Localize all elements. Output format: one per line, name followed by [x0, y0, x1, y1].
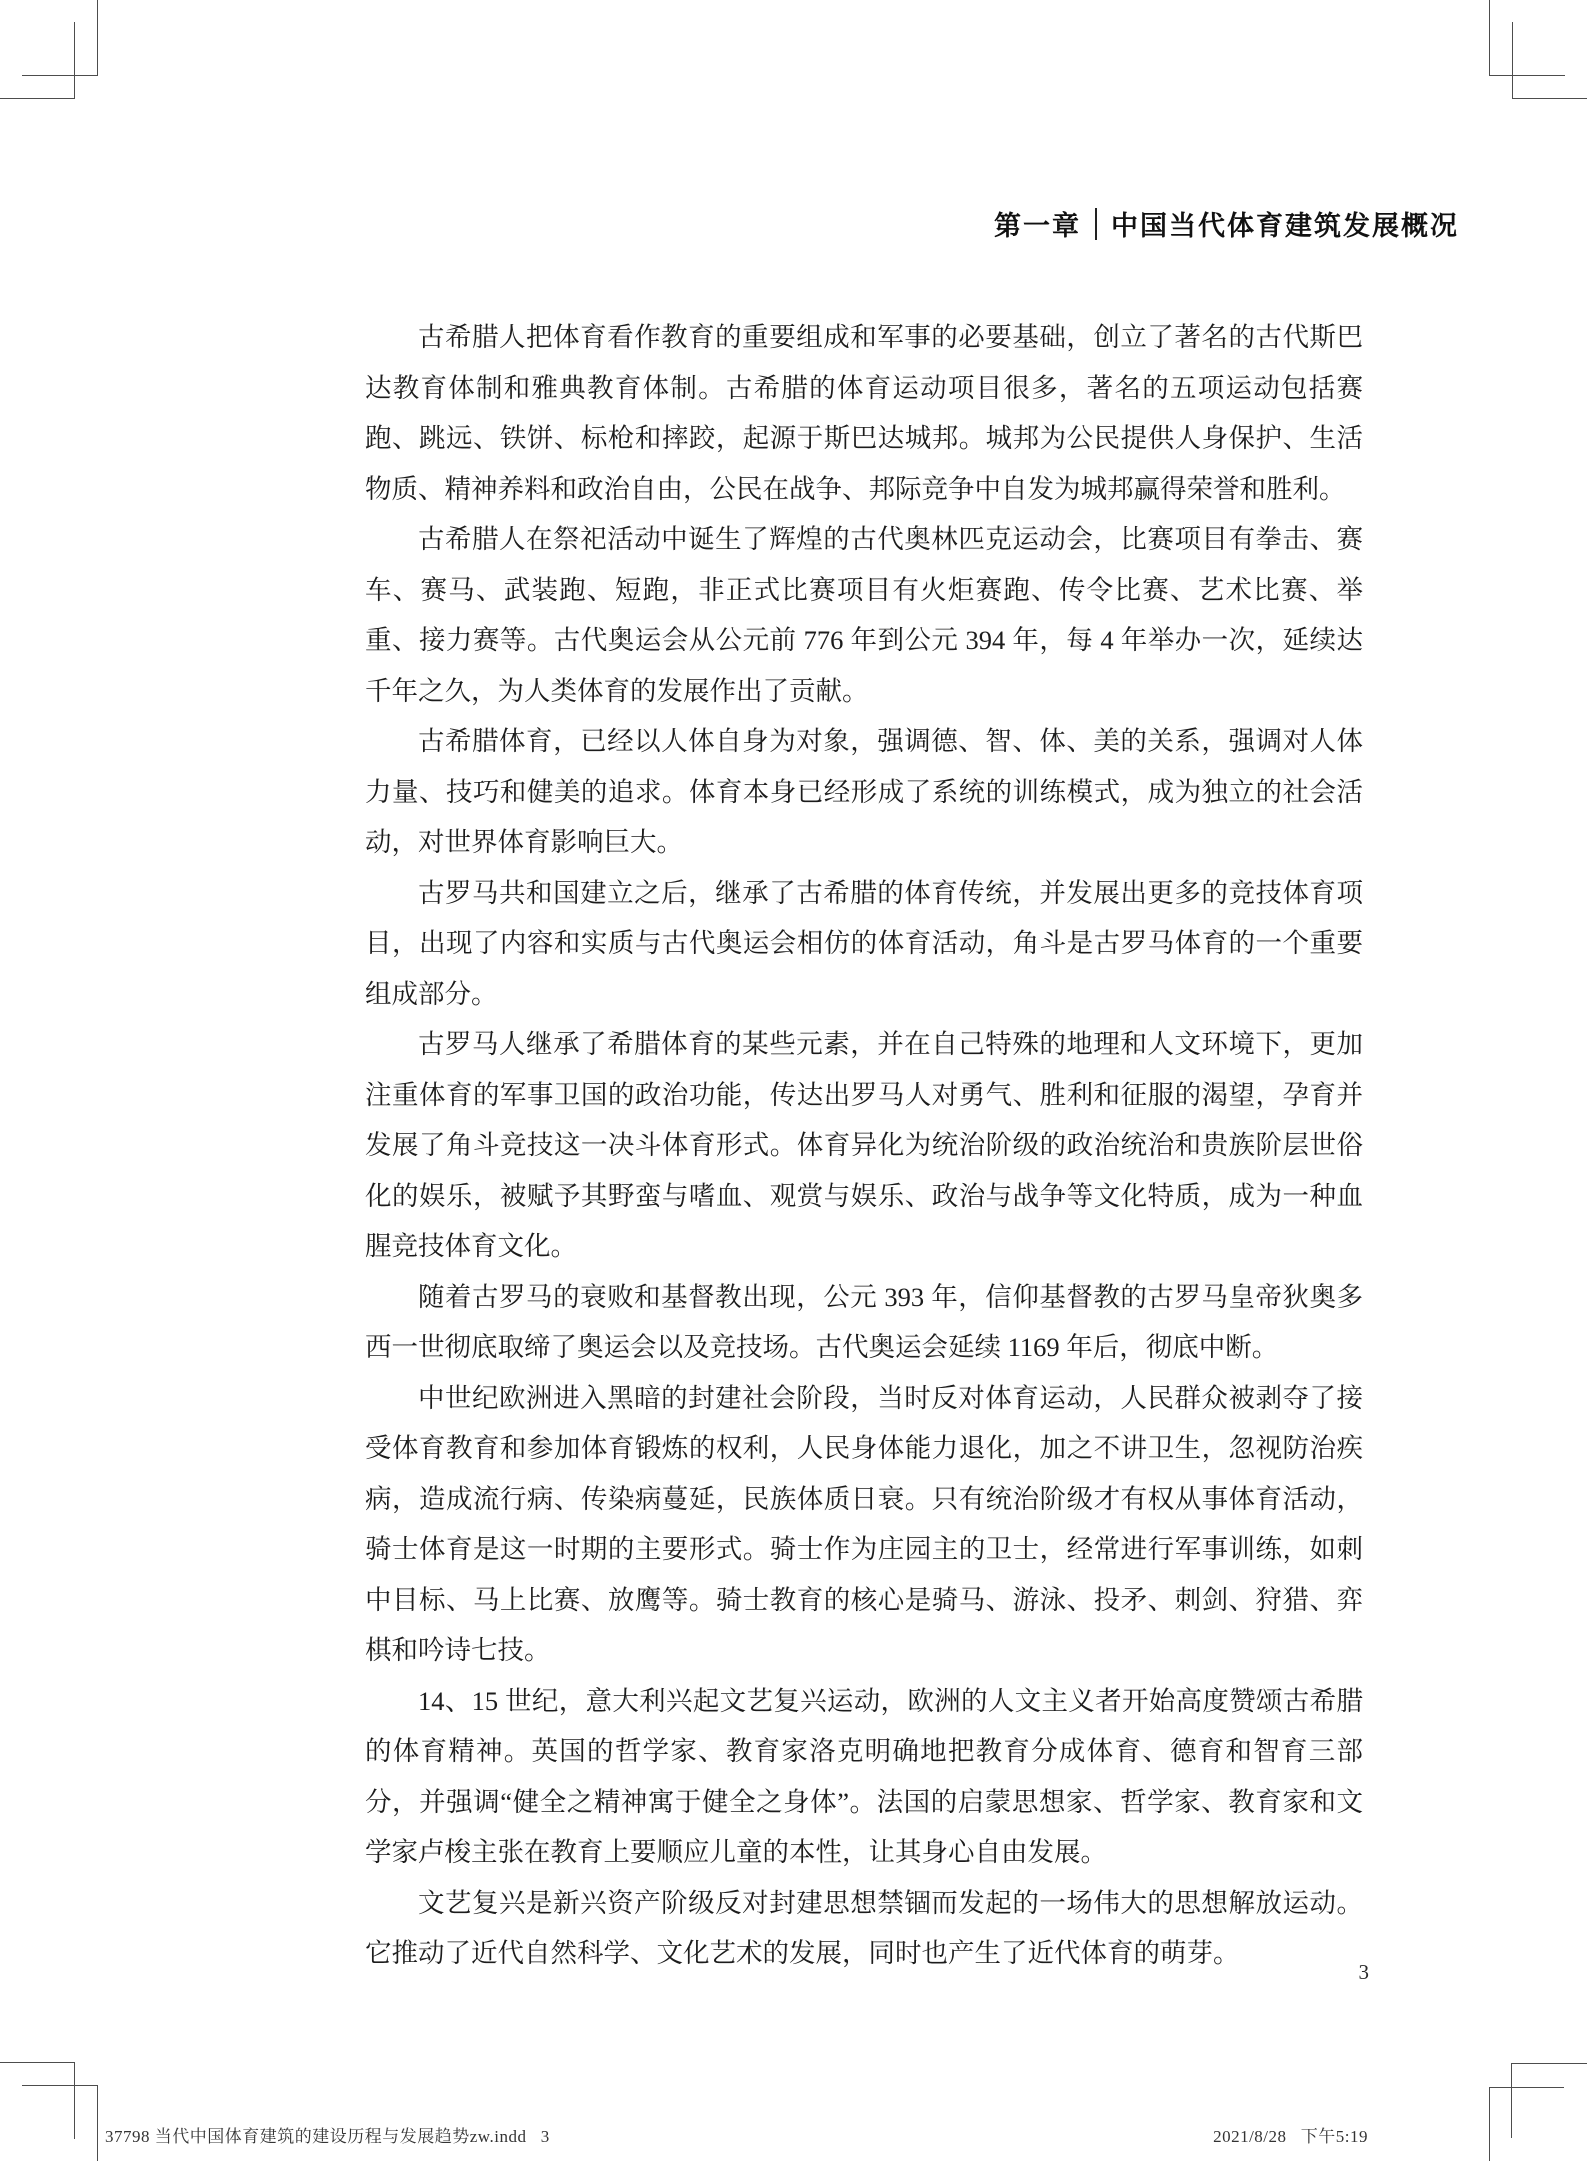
- footer-file-info: 37798 当代中国体育建筑的建设历程与发展趋势zw.indd 3: [105, 2122, 550, 2147]
- crop-mark-top-right: [1489, 75, 1565, 76]
- crop-mark-top-left: [0, 98, 75, 99]
- paragraph: 古希腊人在祭祀活动中诞生了辉煌的古代奥林匹克运动会，比赛项目有拳击、赛车、赛马、…: [365, 514, 1363, 716]
- crop-mark-top-left: [22, 75, 98, 76]
- paragraph: 中世纪欧洲进入黑暗的封建社会阶段，当时反对体育运动，人民群众被剥夺了接受体育教育…: [365, 1373, 1363, 1676]
- crop-mark-bottom-left: [0, 2062, 75, 2063]
- crop-mark-bottom-right: [1489, 2087, 1490, 2161]
- book-page: 第一章 中国当代体育建筑发展概况 古希腊人把体育看作教育的重要组成和军事的必要基…: [0, 0, 1587, 2161]
- crop-mark-bottom-right: [1511, 2063, 1587, 2064]
- paragraph: 14、15 世纪，意大利兴起文艺复兴运动，欧洲的人文主义者开始高度赞颂古希腊的体…: [365, 1676, 1363, 1878]
- chapter-title: 中国当代体育建筑发展概况: [1111, 204, 1459, 243]
- crop-mark-bottom-right: [1511, 2063, 1512, 2138]
- paragraph: 古罗马人继承了希腊体育的某些元素，并在自己特殊的地理和人文环境下，更加注重体育的…: [365, 1019, 1363, 1272]
- crop-mark-bottom-left: [97, 2085, 98, 2161]
- chapter-number: 第一章: [994, 204, 1081, 243]
- crop-mark-bottom-left: [74, 2062, 75, 2139]
- paragraph: 古罗马共和国建立之后，继承了古希腊的体育传统，并发展出更多的竞技体育项目，出现了…: [365, 868, 1363, 1020]
- crop-mark-top-left: [97, 0, 98, 76]
- crop-mark-bottom-right: [1489, 2087, 1564, 2088]
- paragraph: 古希腊人把体育看作教育的重要组成和军事的必要基础，创立了著名的古代斯巴达教育体制…: [365, 312, 1363, 514]
- crop-mark-top-right: [1489, 0, 1490, 76]
- crop-mark-top-right: [1512, 98, 1587, 99]
- paragraph: 文艺复兴是新兴资产阶级反对封建思想禁锢而发起的一场伟大的思想解放运动。它推动了近…: [365, 1878, 1363, 1979]
- crop-mark-top-left: [74, 22, 75, 99]
- footer-timestamp: 2021/8/28 下午5:19: [1213, 2122, 1368, 2147]
- header-divider: [1095, 208, 1097, 240]
- running-head: 第一章 中国当代体育建筑发展概况: [994, 204, 1459, 243]
- crop-mark-bottom-left: [22, 2085, 98, 2086]
- paragraph: 随着古罗马的衰败和基督教出现，公元 393 年，信仰基督教的古罗马皇帝狄奥多西一…: [365, 1272, 1363, 1373]
- crop-mark-top-right: [1512, 22, 1513, 99]
- body-text: 古希腊人把体育看作教育的重要组成和军事的必要基础，创立了著名的古代斯巴达教育体制…: [365, 312, 1363, 1979]
- page-number: 3: [1359, 1960, 1370, 1985]
- paragraph: 古希腊体育，已经以人体自身为对象，强调德、智、体、美的关系，强调对人体力量、技巧…: [365, 716, 1363, 868]
